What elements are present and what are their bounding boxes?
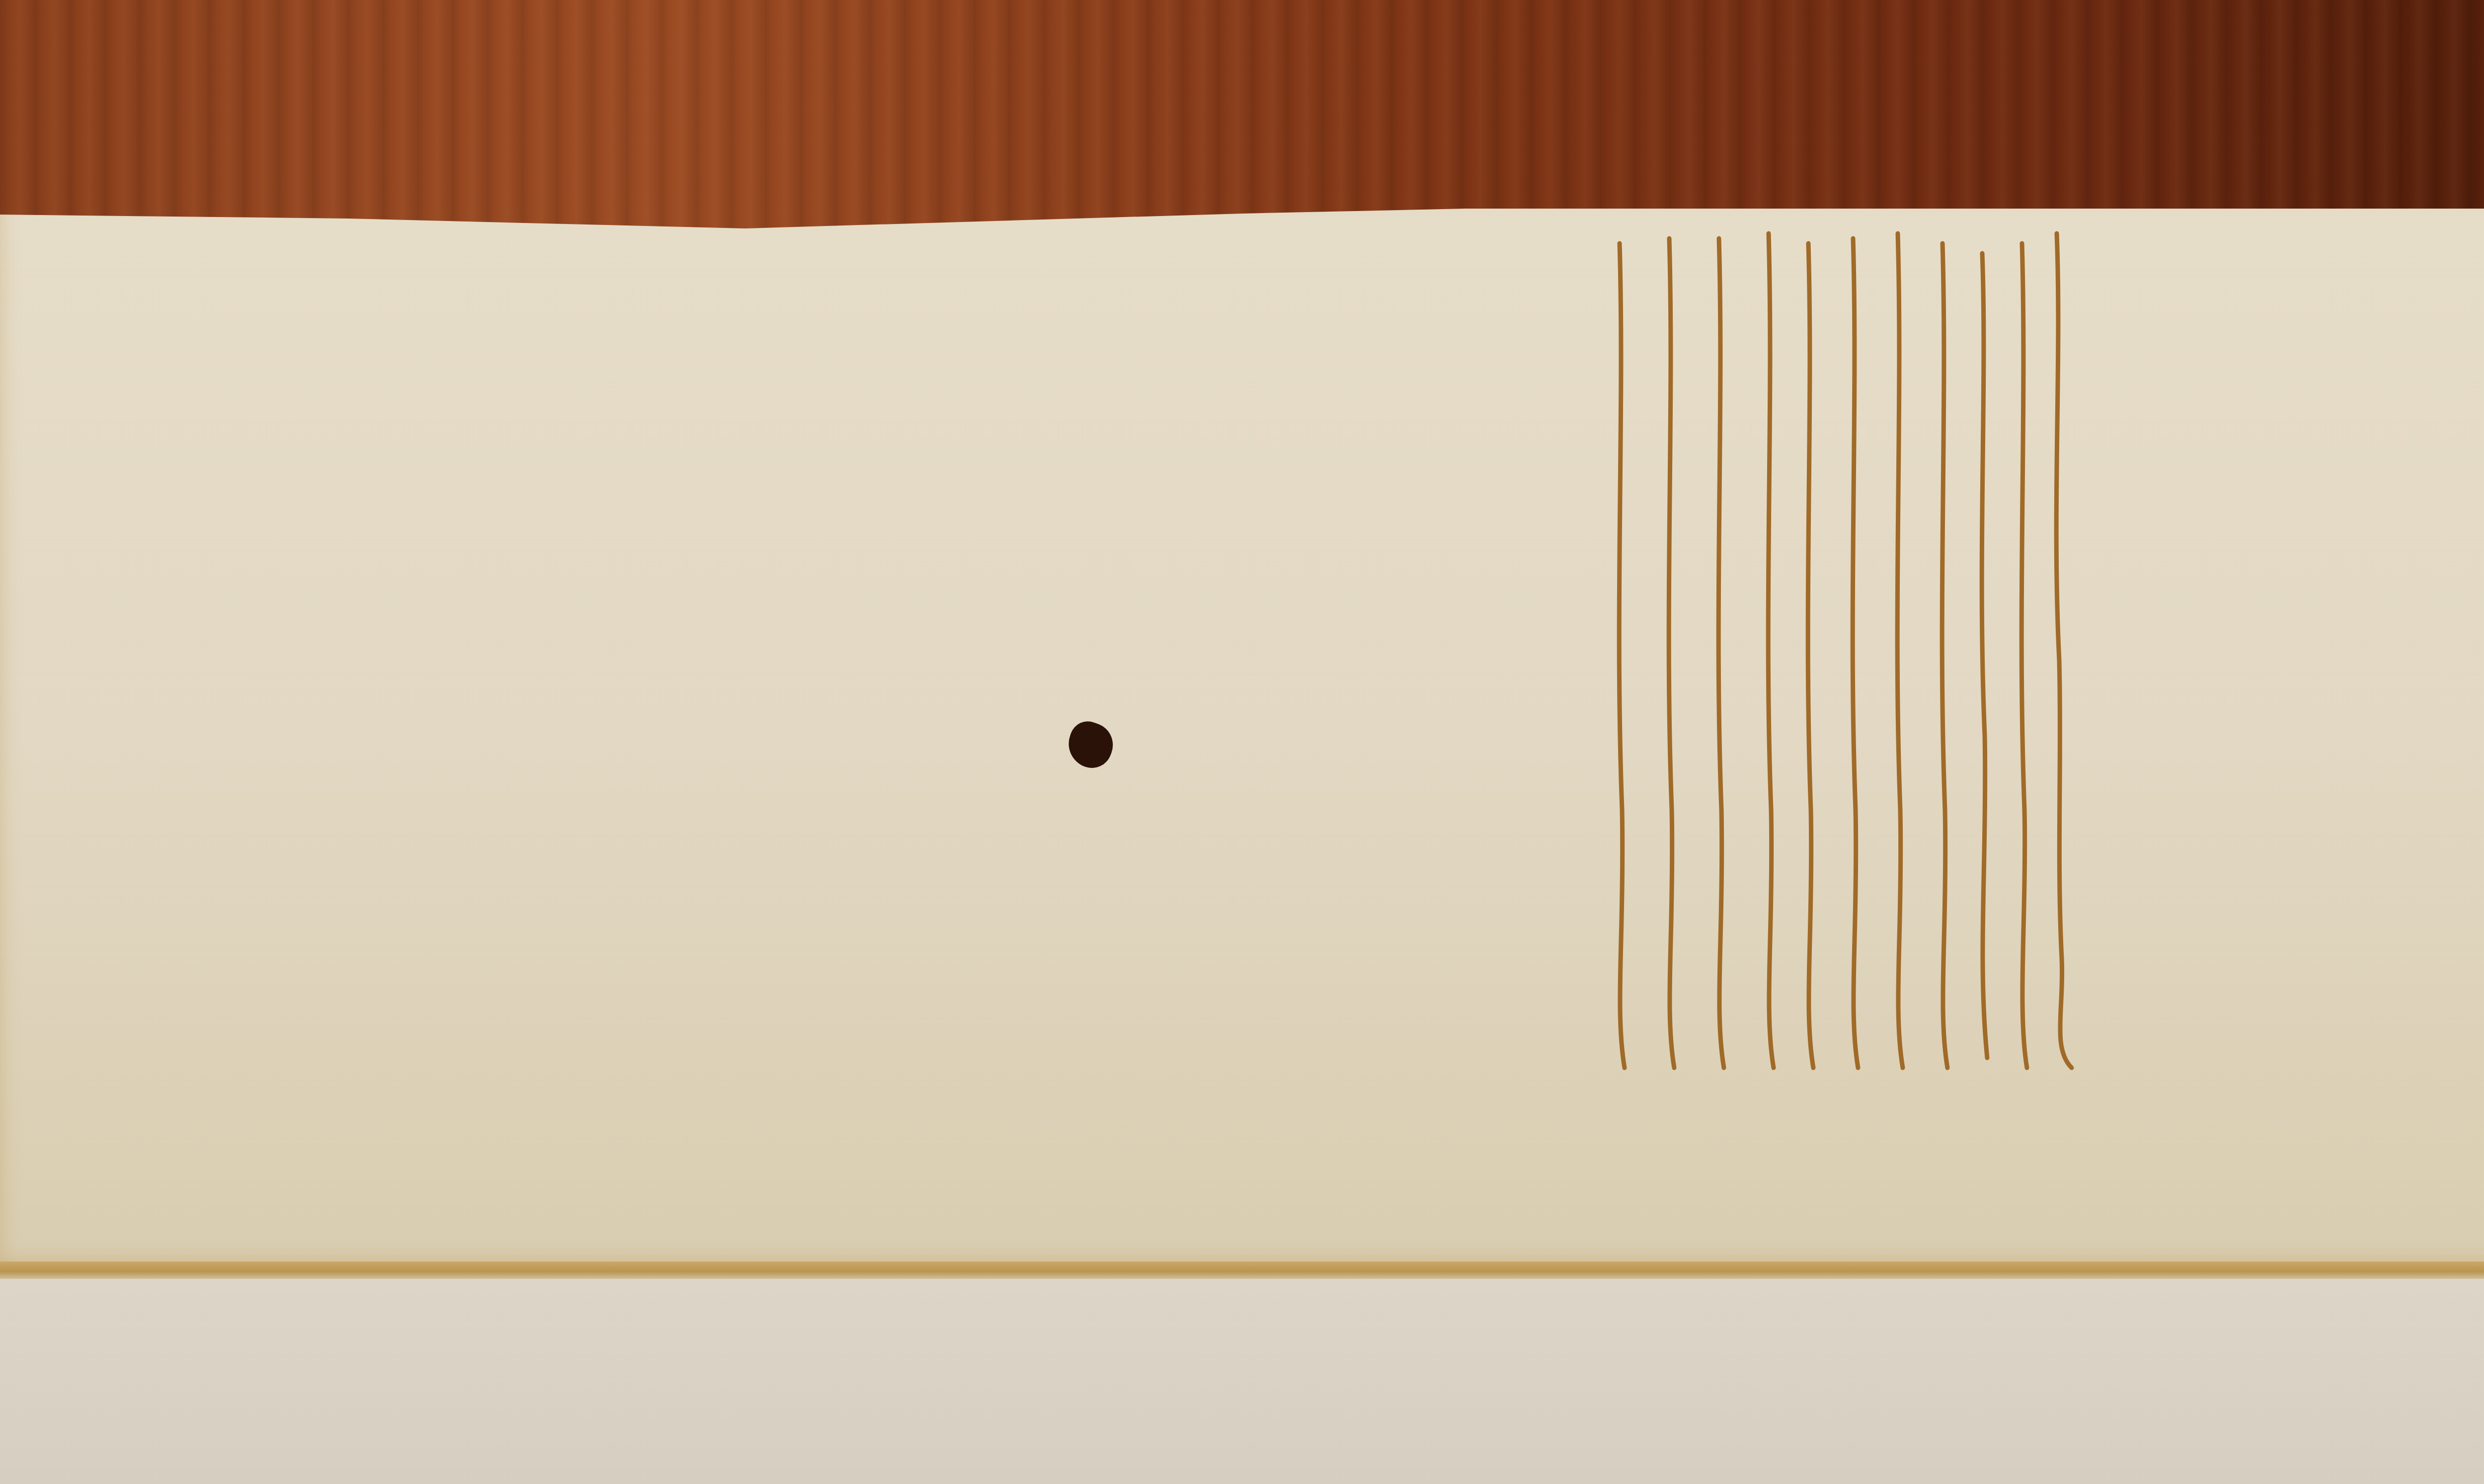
page-fold bbox=[0, 1261, 2484, 1281]
handwritten-text bbox=[1341, 214, 2136, 1207]
facing-page bbox=[0, 1279, 2484, 1484]
